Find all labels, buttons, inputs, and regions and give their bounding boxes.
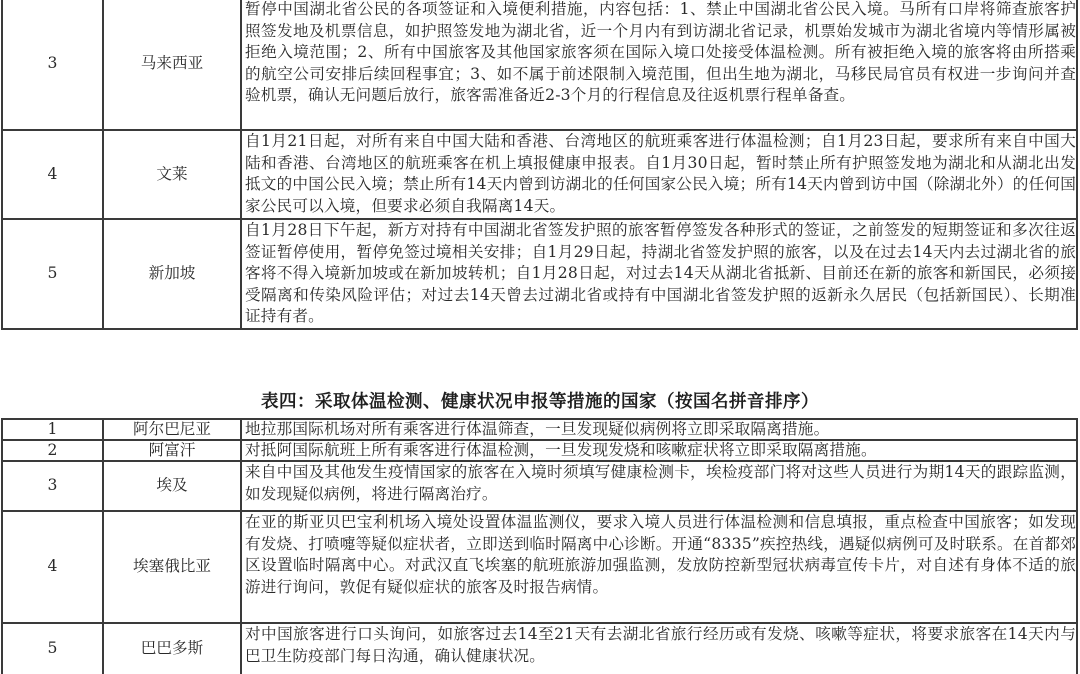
table-row: 3 埃及 来自中国及其他发生疫情国家的旅客在入境时须填写健康检测卡，埃检疫部门将… bbox=[2, 461, 1077, 511]
measures-text: 在亚的斯亚贝巴宝利机场入境处设置体温监测仪，要求入境人员进行体温检测和信息填报，… bbox=[241, 511, 1077, 623]
measures-text: 对抵阿国际航班上所有乘客进行体温检测，一旦发现发烧和咳嗽症状将立即采取隔离措施。 bbox=[241, 440, 1077, 461]
table-title: 表四：采取体温检测、健康状况申报等措施的国家（按国名拼音排序） bbox=[0, 388, 1080, 413]
row-number: 5 bbox=[2, 219, 103, 329]
health-screening-table: 1 阿尔巴尼亚 地拉那国际机场对所有乘客进行体温筛查，一旦发现疑似病例将立即采取… bbox=[1, 418, 1078, 674]
row-number: 3 bbox=[2, 0, 103, 130]
country-name: 马来西亚 bbox=[103, 0, 241, 130]
measures-text: 来自中国及其他发生疫情国家的旅客在入境时须填写健康检测卡，埃检疫部门将对这些人员… bbox=[241, 461, 1077, 511]
measures-text: 对中国旅客进行口头询问，如旅客过去14至21天有去湖北省旅行经历或有发烧、咳嗽等… bbox=[241, 623, 1077, 674]
country-name: 埃塞俄比亚 bbox=[103, 511, 241, 623]
table-row: 3 马来西亚 暂停中国湖北省公民的各项签证和入境便利措施，内容包括：1、禁止中国… bbox=[2, 0, 1077, 130]
table-row: 1 阿尔巴尼亚 地拉那国际机场对所有乘客进行体温筛查，一旦发现疑似病例将立即采取… bbox=[2, 419, 1077, 440]
country-name: 埃及 bbox=[103, 461, 241, 511]
measures-text: 暂停中国湖北省公民的各项签证和入境便利措施，内容包括：1、禁止中国湖北省公民入境… bbox=[241, 0, 1077, 130]
row-number: 4 bbox=[2, 511, 103, 623]
table-row: 2 阿富汗 对抵阿国际航班上所有乘客进行体温检测，一旦发现发烧和咳嗽症状将立即采… bbox=[2, 440, 1077, 461]
measures-text: 自1月28日下午起，新方对持有中国湖北省签发护照的旅客暂停签发各种形式的签证，之… bbox=[241, 219, 1077, 329]
row-number: 1 bbox=[2, 419, 103, 440]
table-row: 4 文莱 自1月21日起，对所有来自中国大陆和香港、台湾地区的航班乘客进行体温检… bbox=[2, 130, 1077, 219]
country-name: 新加坡 bbox=[103, 219, 241, 329]
entry-restrictions-table: 3 马来西亚 暂停中国湖北省公民的各项签证和入境便利措施，内容包括：1、禁止中国… bbox=[1, 0, 1078, 330]
row-number: 5 bbox=[2, 623, 103, 674]
table-row: 5 新加坡 自1月28日下午起，新方对持有中国湖北省签发护照的旅客暂停签发各种形… bbox=[2, 219, 1077, 329]
table-row: 5 巴巴多斯 对中国旅客进行口头询问，如旅客过去14至21天有去湖北省旅行经历或… bbox=[2, 623, 1077, 674]
row-number: 3 bbox=[2, 461, 103, 511]
country-name: 巴巴多斯 bbox=[103, 623, 241, 674]
country-name: 阿富汗 bbox=[103, 440, 241, 461]
country-name: 文莱 bbox=[103, 130, 241, 219]
row-number: 4 bbox=[2, 130, 103, 219]
measures-text: 地拉那国际机场对所有乘客进行体温筛查，一旦发现疑似病例将立即采取隔离措施。 bbox=[241, 419, 1077, 440]
row-number: 2 bbox=[2, 440, 103, 461]
table-row: 4 埃塞俄比亚 在亚的斯亚贝巴宝利机场入境处设置体温监测仪，要求入境人员进行体温… bbox=[2, 511, 1077, 623]
country-name: 阿尔巴尼亚 bbox=[103, 419, 241, 440]
measures-text: 自1月21日起，对所有来自中国大陆和香港、台湾地区的航班乘客进行体温检测；自1月… bbox=[241, 130, 1077, 219]
